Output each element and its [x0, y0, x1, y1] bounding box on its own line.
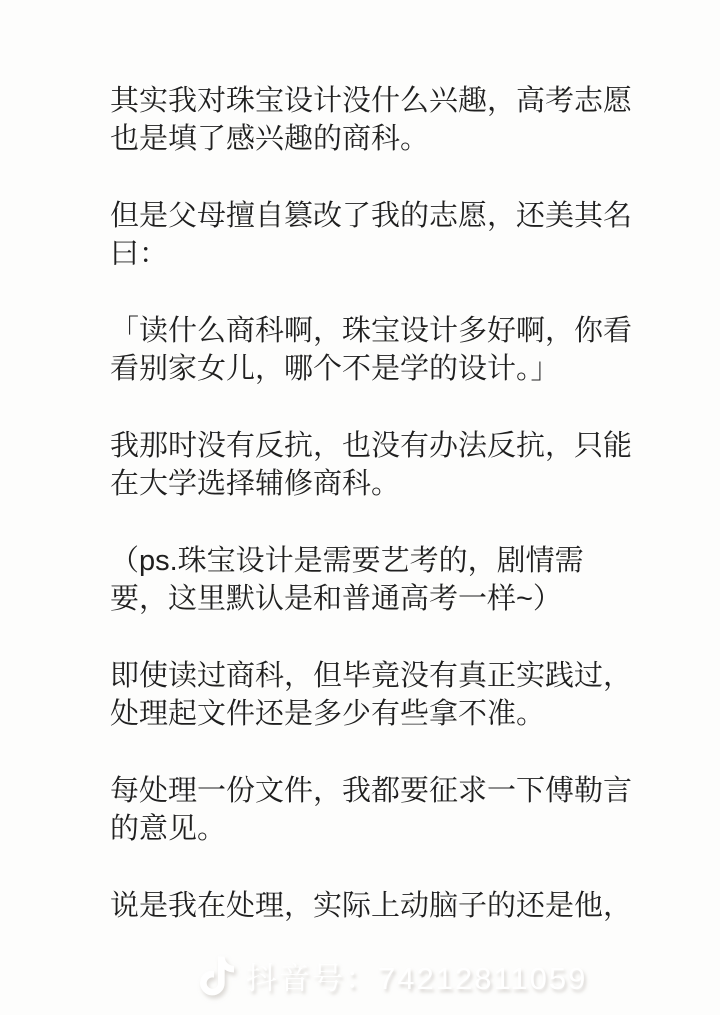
- story-paragraph: 每处理一份文件，我都要征求一下傅勒言的意见。: [110, 772, 636, 848]
- story-paragraph: 其实我对珠宝设计没什么兴趣，高考志愿也是填了感兴趣的商科。: [110, 82, 636, 158]
- douyin-note-icon: [200, 956, 234, 996]
- story-paragraph: 即使读过商科，但毕竟没有真正实践过，处理起文件还是多少有些拿不准。: [110, 657, 636, 733]
- douyin-account-label: 抖音号：74212811059: [246, 953, 587, 998]
- story-paragraph: 但是父母擅自篡改了我的志愿，还美其名曰：: [110, 197, 636, 273]
- story-paragraph: 说是我在处理，实际上动脑子的还是他，: [110, 887, 636, 925]
- story-paragraph: 「读什么商科啊，珠宝设计多好啊，你看看别家女儿，哪个不是学的设计。」: [110, 312, 636, 388]
- story-text-block: 其实我对珠宝设计没什么兴趣，高考志愿也是填了感兴趣的商科。 但是父母擅自篡改了我…: [0, 0, 720, 925]
- douyin-watermark: 抖音号：74212811059: [200, 953, 587, 998]
- story-page: 其实我对珠宝设计没什么兴趣，高考志愿也是填了感兴趣的商科。 但是父母擅自篡改了我…: [0, 0, 720, 1015]
- story-paragraph: 我那时没有反抗，也没有办法反抗，只能在大学选择辅修商科。: [110, 427, 636, 503]
- story-paragraph: （ps.珠宝设计是需要艺考的，剧情需要，这里默认是和普通高考一样~）: [110, 542, 636, 618]
